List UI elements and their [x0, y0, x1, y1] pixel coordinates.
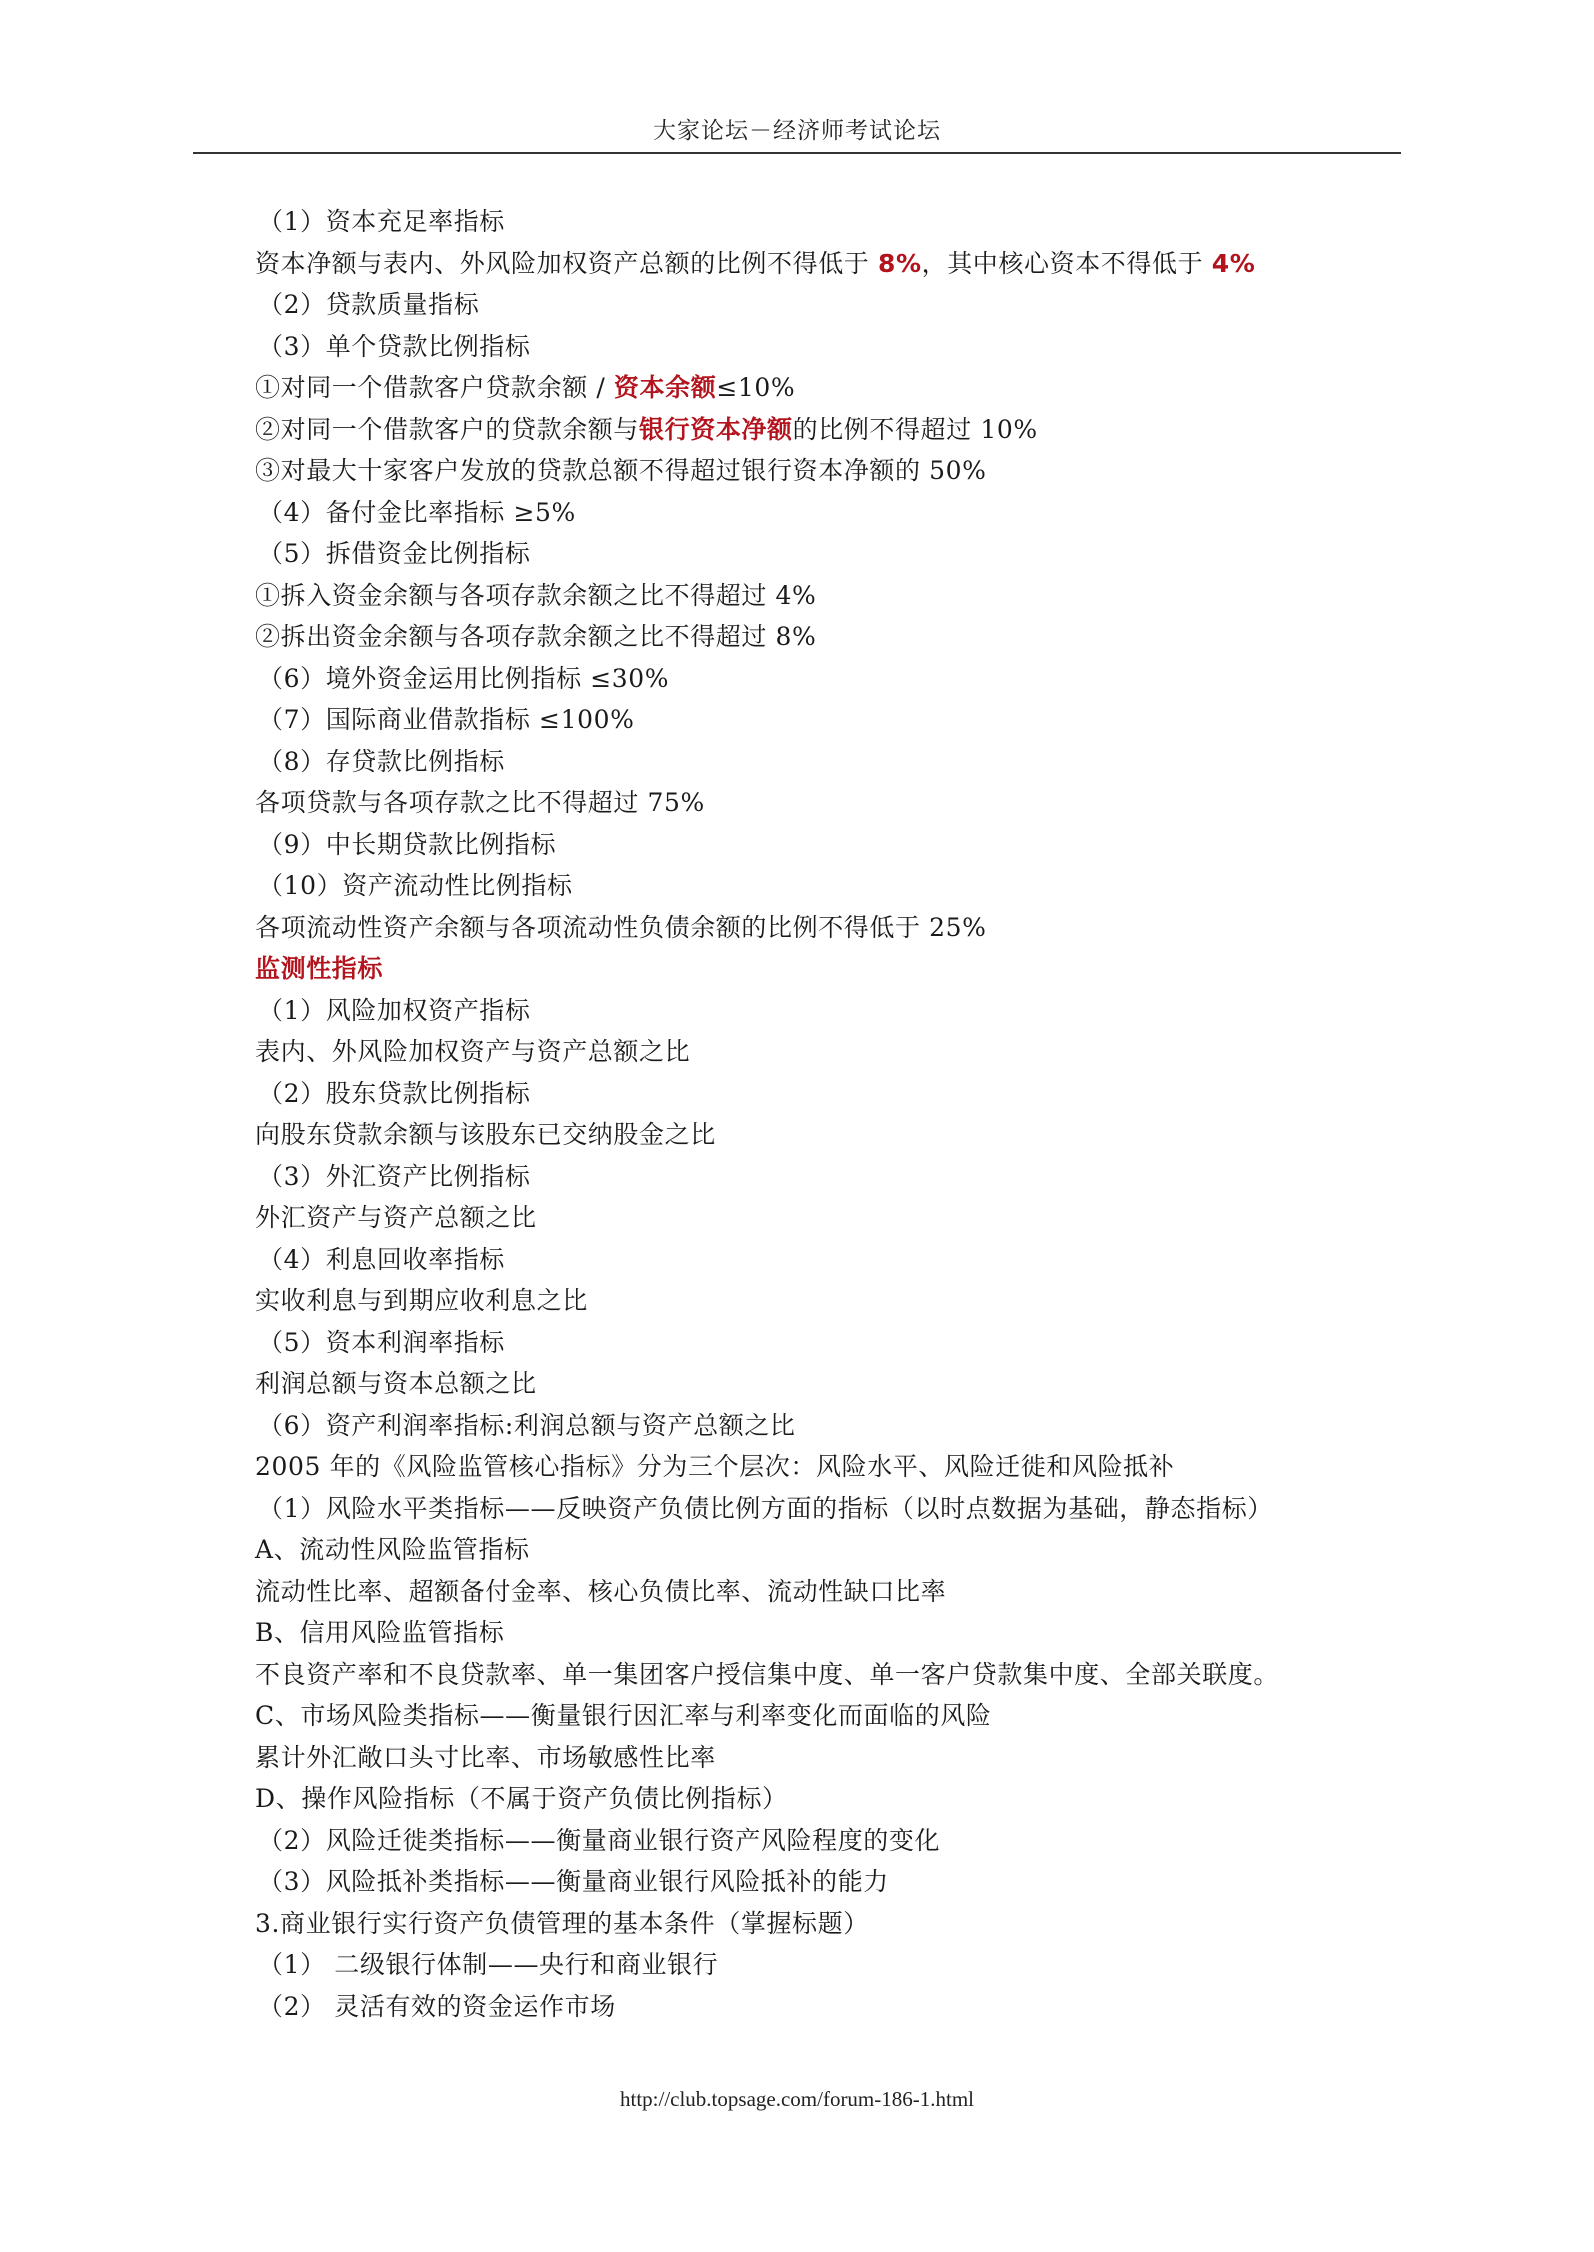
line-text: （7）国际商业借款指标 ≤100%	[258, 705, 634, 734]
line-text: 外汇资产与资产总额之比	[255, 1203, 537, 1232]
line-text: 3.商业银行实行资产负债管理的基本条件（掌握标题）	[255, 1909, 869, 1938]
footer-url[interactable]: http://club.topsage.com/forum-186-1.html	[0, 2087, 1594, 2112]
text-line: （1）资本充足率指标	[255, 201, 1415, 243]
line-text: （9）中长期贷款比例指标	[258, 830, 556, 859]
text-line: 流动性比率、超额备付金率、核心负债比率、流动性缺口比率	[255, 1571, 1415, 1613]
text-line: A、流动性风险监管指标	[255, 1529, 1415, 1571]
document-body: （1）资本充足率指标资本净额与表内、外风险加权资产总额的比例不得低于 8%，其中…	[255, 201, 1415, 2027]
text-line: 不良资产率和不良贷款率、单一集团客户授信集中度、单一客户贷款集中度、全部关联度。	[255, 1654, 1415, 1696]
text-line: 外汇资产与资产总额之比	[255, 1197, 1415, 1239]
text-line: （3）风险抵补类指标——衡量商业银行风险抵补的能力	[255, 1861, 1415, 1903]
line-text: ≤10%	[716, 373, 795, 402]
line-text: 各项贷款与各项存款之比不得超过 75%	[255, 788, 705, 817]
text-line: （2）股东贷款比例指标	[255, 1073, 1415, 1115]
line-text: （6）资产利润率指标:利润总额与资产总额之比	[258, 1411, 796, 1440]
highlighted-text: 资本余额	[614, 373, 716, 402]
line-text: （1） 二级银行体制——央行和商业银行	[258, 1950, 718, 1979]
line-text: （1）风险水平类指标——反映资产负债比例方面的指标（以时点数据为基础，静态指标）	[258, 1494, 1273, 1523]
text-line: （5）资本利润率指标	[255, 1322, 1415, 1364]
text-line: （4）利息回收率指标	[255, 1239, 1415, 1281]
text-line: （1） 二级银行体制——央行和商业银行	[255, 1944, 1415, 1986]
text-line: （1）风险水平类指标——反映资产负债比例方面的指标（以时点数据为基础，静态指标）	[255, 1488, 1415, 1530]
line-text: 2005 年的《风险监管核心指标》分为三个层次：风险水平、风险迁徙和风险抵补	[255, 1452, 1174, 1481]
page-header-title: 大家论坛－经济师考试论坛	[0, 112, 1594, 145]
text-line: （6）资产利润率指标:利润总额与资产总额之比	[255, 1405, 1415, 1447]
line-text: ②拆出资金余额与各项存款余额之比不得超过 8%	[255, 622, 816, 651]
line-text: （3）风险抵补类指标——衡量商业银行风险抵补的能力	[258, 1867, 889, 1896]
line-text: ，其中核心资本不得低于	[922, 249, 1212, 278]
text-line: ③对最大十家客户发放的贷款总额不得超过银行资本净额的 50%	[255, 450, 1415, 492]
text-line: （2）贷款质量指标	[255, 284, 1415, 326]
line-text: 各项流动性资产余额与各项流动性负债余额的比例不得低于 25%	[255, 913, 987, 942]
line-text: D、操作风险指标（不属于资产负债比例指标）	[255, 1784, 788, 1813]
text-line: 利润总额与资本总额之比	[255, 1363, 1415, 1405]
text-line: 监测性指标	[255, 948, 1415, 990]
line-text: B、信用风险监管指标	[255, 1618, 504, 1647]
line-text: 表内、外风险加权资产与资产总额之比	[255, 1037, 690, 1066]
line-text: （2）贷款质量指标	[258, 290, 479, 319]
line-text: （4）利息回收率指标	[258, 1245, 505, 1274]
text-line: 各项贷款与各项存款之比不得超过 75%	[255, 782, 1415, 824]
line-text: ③对最大十家客户发放的贷款总额不得超过银行资本净额的 50%	[255, 456, 987, 485]
text-line: 3.商业银行实行资产负债管理的基本条件（掌握标题）	[255, 1903, 1415, 1945]
line-text: （2） 灵活有效的资金运作市场	[258, 1992, 616, 2021]
line-text: （1）风险加权资产指标	[258, 996, 531, 1025]
line-text: A、流动性风险监管指标	[255, 1535, 530, 1564]
line-text: （4）备付金比率指标 ≥5%	[258, 498, 576, 527]
line-text: 流动性比率、超额备付金率、核心负债比率、流动性缺口比率	[255, 1577, 946, 1606]
line-text: （6）境外资金运用比例指标 ≤30%	[258, 664, 669, 693]
text-line: （6）境外资金运用比例指标 ≤30%	[255, 658, 1415, 700]
text-line: （2）风险迁徙类指标——衡量商业银行资产风险程度的变化	[255, 1820, 1415, 1862]
text-line: （7）国际商业借款指标 ≤100%	[255, 699, 1415, 741]
text-line: ②拆出资金余额与各项存款余额之比不得超过 8%	[255, 616, 1415, 658]
text-line: 向股东贷款余额与该股东已交纳股金之比	[255, 1114, 1415, 1156]
text-line: （3）外汇资产比例指标	[255, 1156, 1415, 1198]
text-line: （4）备付金比率指标 ≥5%	[255, 492, 1415, 534]
line-text: 利润总额与资本总额之比	[255, 1369, 537, 1398]
text-line: （3）单个贷款比例指标	[255, 326, 1415, 368]
line-text: 不良资产率和不良贷款率、单一集团客户授信集中度、单一客户贷款集中度、全部关联度。	[255, 1660, 1279, 1689]
line-text: 资本净额与表内、外风险加权资产总额的比例不得低于	[255, 249, 878, 278]
text-line: 表内、外风险加权资产与资产总额之比	[255, 1031, 1415, 1073]
line-text: ②对同一个借款客户的贷款余额与	[255, 415, 639, 444]
line-text: 实收利息与到期应收利息之比	[255, 1286, 588, 1315]
line-text: 向股东贷款余额与该股东已交纳股金之比	[255, 1120, 716, 1149]
text-line: （2） 灵活有效的资金运作市场	[255, 1986, 1415, 2028]
line-text: （5）拆借资金比例指标	[258, 539, 531, 568]
line-text: （1）资本充足率指标	[258, 207, 505, 236]
text-line: C、市场风险类指标——衡量银行因汇率与利率变化而面临的风险	[255, 1695, 1415, 1737]
text-line: 实收利息与到期应收利息之比	[255, 1280, 1415, 1322]
line-text: （8）存贷款比例指标	[258, 747, 505, 776]
text-line: （10）资产流动性比例指标	[255, 865, 1415, 907]
highlighted-text: 监测性指标	[255, 954, 383, 983]
text-line: 累计外汇敞口头寸比率、市场敏感性比率	[255, 1737, 1415, 1779]
line-text: C、市场风险类指标——衡量银行因汇率与利率变化而面临的风险	[255, 1701, 992, 1730]
highlighted-text: 银行资本净额	[639, 415, 793, 444]
text-line: （8）存贷款比例指标	[255, 741, 1415, 783]
text-line: B、信用风险监管指标	[255, 1612, 1415, 1654]
line-text: 累计外汇敞口头寸比率、市场敏感性比率	[255, 1743, 716, 1772]
line-text: （3）单个贷款比例指标	[258, 332, 531, 361]
text-line: 2005 年的《风险监管核心指标》分为三个层次：风险水平、风险迁徙和风险抵补	[255, 1446, 1415, 1488]
header-divider	[193, 152, 1401, 154]
line-text: ①对同一个借款客户贷款余额 /	[255, 373, 614, 402]
line-text: 的比例不得超过 10%	[793, 415, 1038, 444]
highlighted-text: 8%	[878, 249, 922, 278]
highlighted-text: 4%	[1212, 249, 1256, 278]
line-text: （10）资产流动性比例指标	[258, 871, 573, 900]
text-line: ②对同一个借款客户的贷款余额与银行资本净额的比例不得超过 10%	[255, 409, 1415, 451]
text-line: （1）风险加权资产指标	[255, 990, 1415, 1032]
text-line: ①对同一个借款客户贷款余额 / 资本余额≤10%	[255, 367, 1415, 409]
line-text: （3）外汇资产比例指标	[258, 1162, 531, 1191]
text-line: D、操作风险指标（不属于资产负债比例指标）	[255, 1778, 1415, 1820]
line-text: （5）资本利润率指标	[258, 1328, 505, 1357]
text-line: ①拆入资金余额与各项存款余额之比不得超过 4%	[255, 575, 1415, 617]
text-line: 资本净额与表内、外风险加权资产总额的比例不得低于 8%，其中核心资本不得低于 4…	[255, 243, 1415, 285]
line-text: （2）风险迁徙类指标——衡量商业银行资产风险程度的变化	[258, 1826, 940, 1855]
line-text: （2）股东贷款比例指标	[258, 1079, 531, 1108]
text-line: 各项流动性资产余额与各项流动性负债余额的比例不得低于 25%	[255, 907, 1415, 949]
text-line: （5）拆借资金比例指标	[255, 533, 1415, 575]
text-line: （9）中长期贷款比例指标	[255, 824, 1415, 866]
line-text: ①拆入资金余额与各项存款余额之比不得超过 4%	[255, 581, 816, 610]
